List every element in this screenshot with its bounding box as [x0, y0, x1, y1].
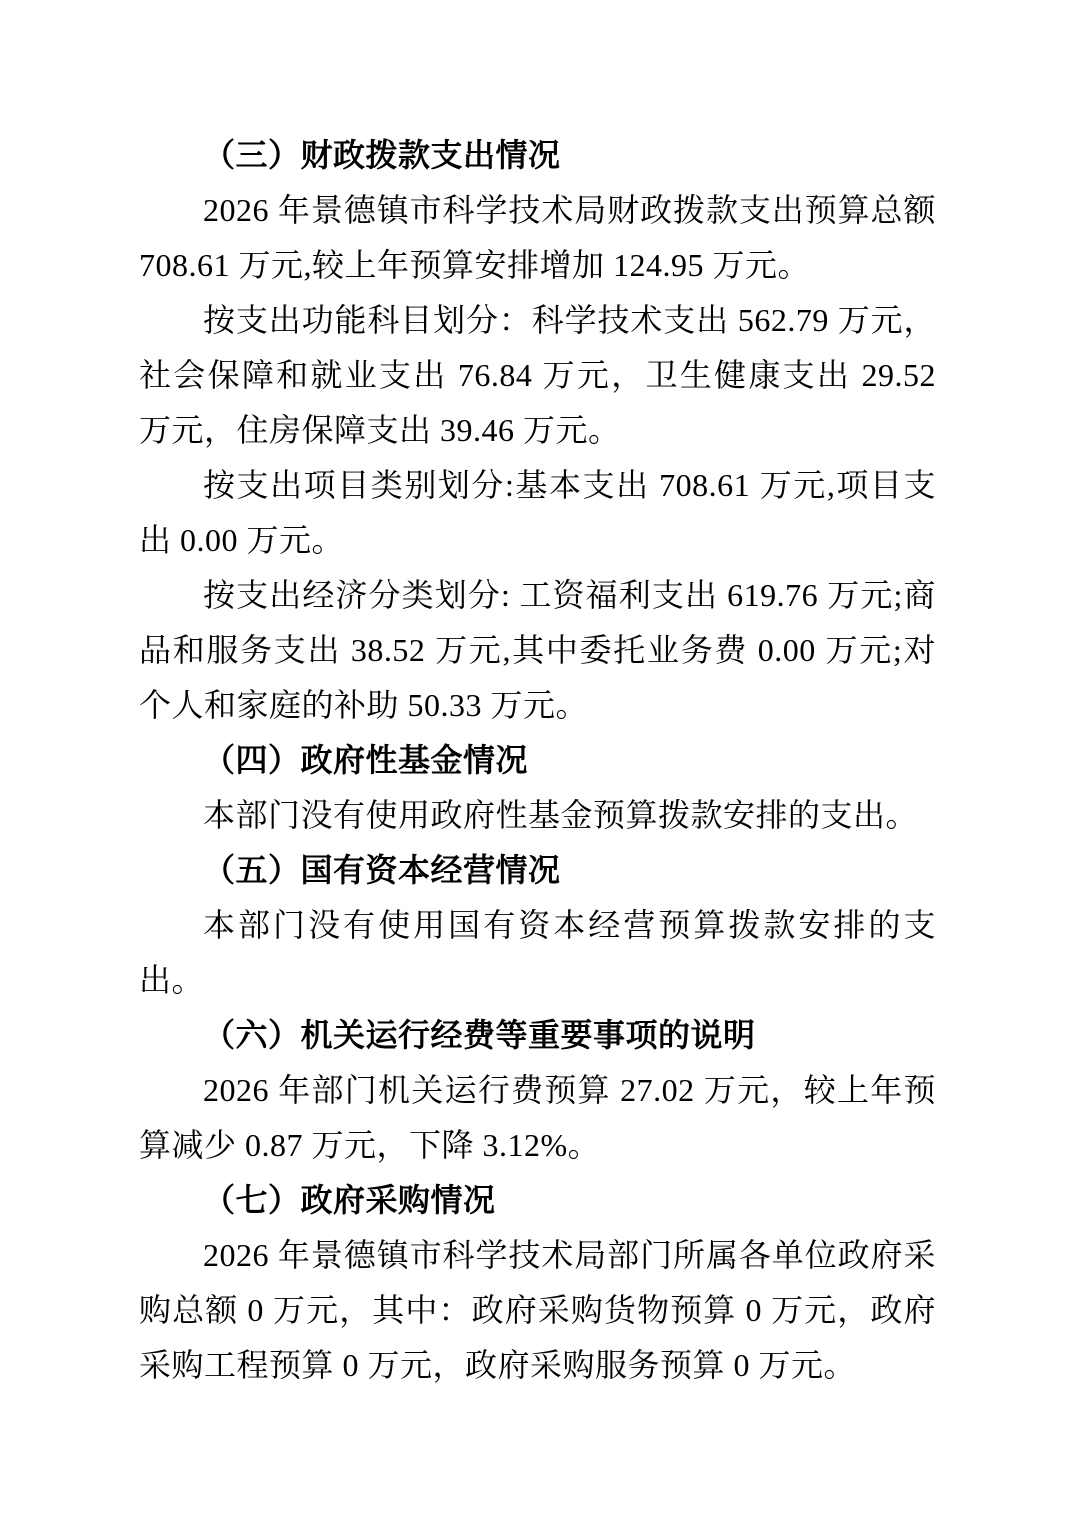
body-paragraph: 按支出项目类别划分:基本支出 708.61 万元,项目支出 0.00 万元。	[139, 458, 936, 568]
body-paragraph: 按支出经济分类划分: 工资福利支出 619.76 万元;商品和服务支出 38.5…	[139, 568, 936, 733]
body-paragraph: 本部门没有使用国有资本经营预算拨款安排的支出。	[139, 898, 936, 1008]
body-paragraph: 2026 年部门机关运行费预算 27.02 万元，较上年预算减少 0.87 万元…	[139, 1063, 936, 1173]
body-paragraph: 2026 年景德镇市科学技术局部门所属各单位政府采购总额 0 万元，其中：政府采…	[139, 1228, 936, 1393]
section-heading: （五）国有资本经营情况	[139, 843, 936, 898]
section-heading: （七）政府采购情况	[139, 1173, 936, 1228]
section-heading: （六）机关运行经费等重要事项的说明	[139, 1008, 936, 1063]
document-page: （三）财政拨款支出情况2026 年景德镇市科学技术局财政拨款支出预算总额 708…	[0, 0, 1074, 1520]
body-paragraph: 本部门没有使用政府性基金预算拨款安排的支出。	[139, 788, 936, 843]
document-body: （三）财政拨款支出情况2026 年景德镇市科学技术局财政拨款支出预算总额 708…	[139, 128, 936, 1393]
section-heading: （三）财政拨款支出情况	[139, 128, 936, 183]
section-heading: （四）政府性基金情况	[139, 733, 936, 788]
body-paragraph: 2026 年景德镇市科学技术局财政拨款支出预算总额 708.61 万元,较上年预…	[139, 183, 936, 293]
body-paragraph: 按支出功能科目划分：科学技术支出 562.79 万元，社会保障和就业支出 76.…	[139, 293, 936, 458]
